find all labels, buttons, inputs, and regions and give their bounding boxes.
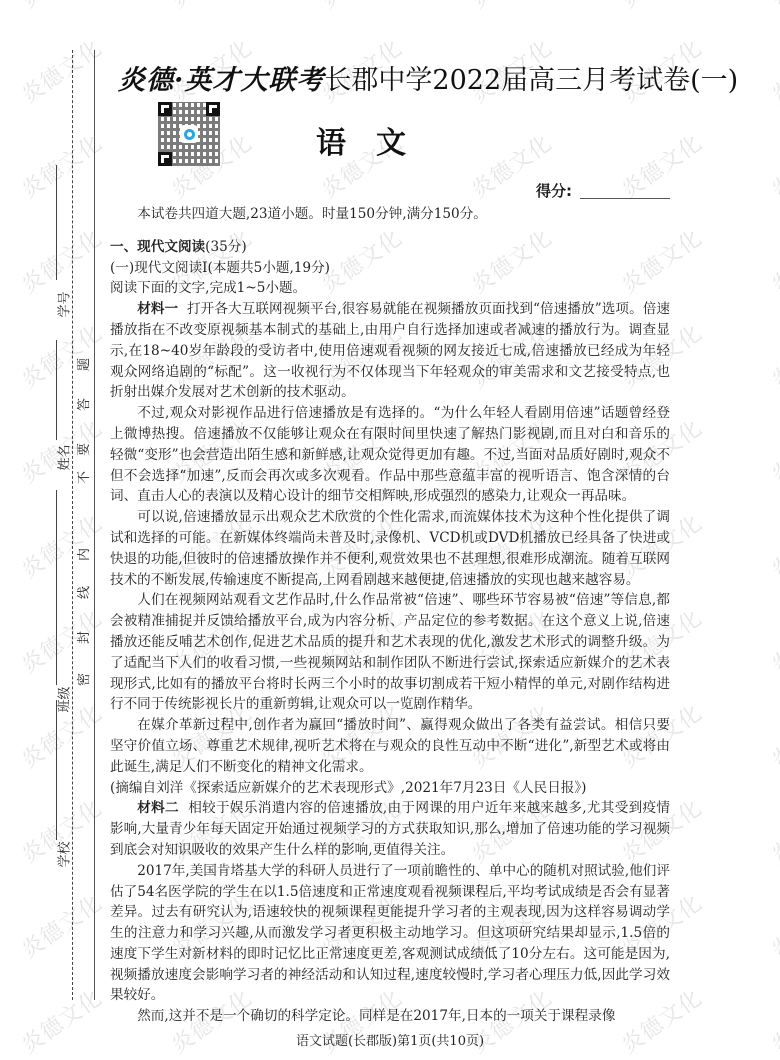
name-label: 姓名 [54,444,73,470]
material-1-paragraph: 可以说,倍速播放显示出观众艺术欣赏的个性化需求,而流媒体技术为这种个性化提供了调… [110,507,670,590]
material-1-source: (摘编自刘洋《探索适应新媒介的艺术表现形式》,2021年7月23日《人民日报》) [110,778,670,799]
seal-char: 不 [73,471,92,484]
material-1-paragraph: 人们在视频网站观看文艺作品时,什么作品常被“倍速”、哪些环节容易被“倍速”等信息… [110,590,670,715]
material-2-paragraph: 2017年,美国肯塔基大学的科研人员进行了一项前瞻性的、单中心的随机对照试验,他… [110,861,670,1007]
seal-char: 题 [73,358,92,371]
material-1-paragraph: 在媒介革新过程中,创作者为赢回“播放时间”、赢得观众做出了各类有益尝试。相信只要… [110,715,670,777]
seal-char: 内 [73,548,92,561]
seal-char: 线 [73,586,92,599]
page-footer: 语文试题(长郡版)第1页(共10页) [0,1030,780,1049]
exam-body: 本试卷共四道大题,23道小题。时量150分钟,满分150分。 一、现代文阅读(3… [110,204,670,1027]
reading-instruction: 阅读下面的文字,完成1~5小题。 [110,278,670,299]
subsection-heading: (一)现代文阅读Ⅰ(本题共5小题,19分) [110,258,670,279]
material-2-label: 材料二 [137,800,179,816]
exam-instructions: 本试卷共四道大题,23道小题。时量150分钟,满分150分。 [110,204,670,225]
subject-title: 语文 [316,118,436,162]
school-underline [56,700,57,840]
class-underline [56,490,57,685]
name-underline [56,340,57,440]
material-1-label: 材料一 [137,301,178,317]
material-2-paragraph: 然而,这并不是一个确切的科学定论。同样是在2017年,日本的一项关于课程录像 [110,1006,670,1027]
exam-page: 学号 姓名 班级 学校 内 不 要 答 题 密 封 线 炎德·英才大联考长郡中学… [0,0,780,1060]
seal-char: 封 [73,631,92,644]
section-heading: 一、现代文阅读(35分) [110,237,670,258]
seal-char: 密 [73,673,92,686]
seal-char: 答 [73,398,92,411]
student-id-underline [56,165,57,280]
material-1-paragraph: 材料一 打开各大互联网视频平台,很容易就能在视频播放页面找到“倍速播放”选项。倍… [110,299,670,403]
material-1-paragraph: 不过,观众对影视作品进行倍速播放是有选择的。“为什么年轻人看剧用倍速”话题曾经登… [110,403,670,507]
exam-brand: 炎德·英才大联考 [118,65,324,96]
score-field[interactable] [580,198,670,199]
app-logo-icon [180,125,198,143]
exam-title: 炎德·英才大联考长郡中学2022届高三月考试卷(一) [118,58,678,97]
seal-char: 要 [73,443,92,456]
material-2-paragraph: 材料二 相较于娱乐消遣内容的倍速播放,由于网课的用户近年来越来越多,尤其受到疫情… [110,798,670,860]
qr-code-icon [158,102,220,166]
exam-title-text: 长郡中学2022届高三月考试卷(一) [324,65,738,96]
score-label: 得分: [536,180,572,201]
student-id-label: 学号 [54,291,73,317]
school-label: 学校 [54,841,73,867]
binding-solid-line [94,50,95,1000]
